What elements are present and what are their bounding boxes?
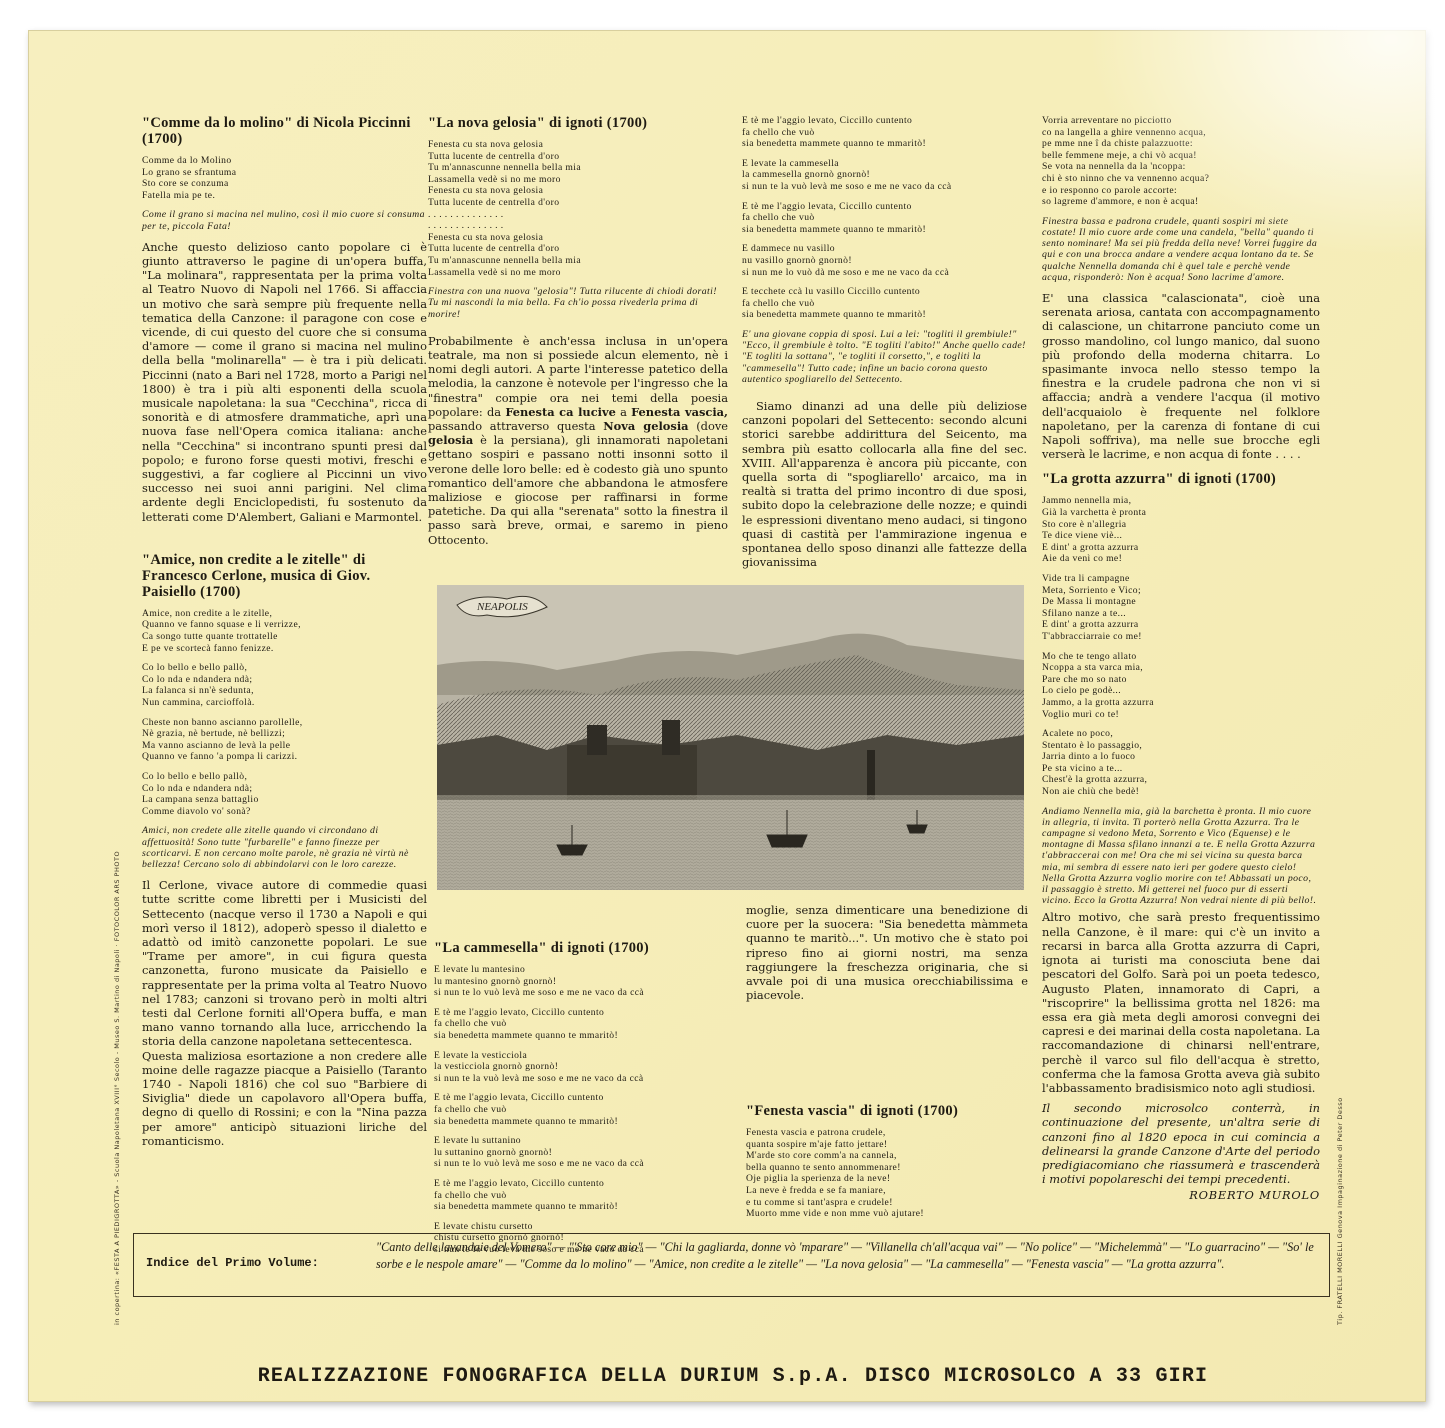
- column-2: "La nova gelosia" di ignoti (1700) Fenes…: [428, 115, 728, 551]
- commentary-grotta: Altro motivo, che sarà presto frequentis…: [1042, 910, 1320, 1095]
- song-title-gelosia: "La nova gelosia" di ignoti (1700): [428, 115, 728, 131]
- cover-credit: in copertina: «FESTA A PIEDIGROTTA» - Sc…: [113, 851, 121, 1325]
- grotta-stanza: Jammo nennella mia, Già la varchetta è p…: [1042, 495, 1320, 565]
- print-credit: Tip. FRATELLI MORELLI Genova Impaginazio…: [1336, 1097, 1344, 1325]
- commentary-amice-2: Questa maliziosa esortazione a non crede…: [142, 1049, 427, 1148]
- song-title-amice: "Amice, non credite a le zitelle" di Fra…: [142, 552, 427, 600]
- translation-grotta: Andiamo Nennella mia, già la barchetta è…: [1042, 806, 1320, 907]
- cammesella-stanza: E levate la vesticciola la vesticciola g…: [434, 1050, 734, 1085]
- cammesella-cont-stanza: E tè me l'aggio levato, Ciccillo cuntent…: [742, 115, 1027, 150]
- cammesella-stanza: E levate lu mantesino lu mantesino gnorn…: [434, 964, 734, 999]
- lyrics-amice-4: Co lo bello e bello pallò, Co lo nda e n…: [142, 771, 427, 817]
- closing-note: Il secondo microsolco conterrà, in conti…: [1042, 1101, 1320, 1186]
- commentary-gelosia: Probabilmente è anch'essa inclusa in un'…: [428, 334, 728, 547]
- svg-text:NEAPOLIS: NEAPOLIS: [476, 601, 528, 613]
- commentary-molino: Anche questo delizioso canto popolare ci…: [142, 240, 427, 524]
- column-3: E tè me l'aggio levato, Ciccillo cuntent…: [742, 115, 1027, 573]
- cammesella-stanza: E levate lu suttanino lu suttanino gnorn…: [434, 1135, 734, 1170]
- column-3-vascia: "Fenesta vascia" di ignoti (1700) Fenest…: [746, 1103, 1028, 1228]
- lyrics-amice-1: Amice, non credite a le zitelle, Quanno …: [142, 608, 427, 654]
- song-title-vascia: "Fenesta vascia" di ignoti (1700): [746, 1103, 1028, 1119]
- translation-molino: Come il grano si macina nel mulino, così…: [142, 209, 427, 231]
- engraving-naples: NEAPOLIS: [437, 585, 1024, 890]
- column-1: "Comme da lo molino" di Nicola Piccinni …: [142, 115, 427, 1152]
- commentary-amice-1: Il Cerlone, vivace autore di commedie qu…: [142, 878, 427, 1048]
- column-2-bottom: "La cammesella" di ignoti (1700) E levat…: [434, 940, 734, 1263]
- lyrics-amice-3: Cheste non banno ascianno parollelle, Nè…: [142, 717, 427, 763]
- lyrics-amice-2: Co lo bello e bello pallò, Co lo nda e n…: [142, 662, 427, 708]
- cammesella-cont-stanza: E levate la cammesella la cammesella gno…: [742, 158, 1027, 193]
- lyrics-gelosia-2: Fenesta cu sta nova gelosia Tutta lucent…: [428, 232, 728, 278]
- index-label: Indice del Primo Volume:: [146, 1256, 319, 1270]
- column-4: Vorria arreventare no picciotto co na la…: [1042, 115, 1320, 1202]
- translation-cammesella: E' una giovane coppia di sposi. Lui a le…: [742, 329, 1027, 385]
- song-title-grotta: "La grotta azzurra" di ignoti (1700): [1042, 471, 1320, 487]
- song-title-molino: "Comme da lo molino" di Nicola Piccinni …: [142, 115, 427, 147]
- commentary-cammesella-2: moglie, senza dimenticare una benedizion…: [746, 903, 1028, 1002]
- lyrics-molino: Comme da lo Molino Lo grano se sfrantuma…: [142, 155, 427, 201]
- commentary-vascia: E' una classica "calascionata", cioè una…: [1042, 291, 1320, 461]
- translation-gelosia: Finestra con una nuova "gelosia"! Tutta …: [428, 286, 728, 320]
- volume-index: Indice del Primo Volume: "Canto delle la…: [133, 1233, 1330, 1297]
- translation-vascia: Finestra bassa e padrona crudele, quanti…: [1042, 216, 1320, 283]
- commentary-cammesella-1: Siamo dinanzi ad una delle più deliziose…: [742, 399, 1027, 569]
- naples-view-illustration: NEAPOLIS: [437, 585, 1024, 890]
- label-footer: REALIZZAZIONE FONOGRAFICA DELLA DURIUM S…: [133, 1365, 1333, 1388]
- cammesella-stanza: E tè me l'aggio levato, Ciccillo cuntent…: [434, 1178, 734, 1213]
- song-title-cammesella: "La cammesella" di ignoti (1700): [434, 940, 734, 956]
- lyrics-gelosia-1: Fenesta cu sta nova gelosia Tutta lucent…: [428, 139, 728, 209]
- grotta-stanza: Mo che te tengo allato Ncoppa a sta varc…: [1042, 651, 1320, 721]
- grotta-stanza: Acalete no poco, Stentato è lo passaggio…: [1042, 728, 1320, 798]
- cammesella-stanza: E tè me l'aggio levata, Ciccillo cuntent…: [434, 1092, 734, 1127]
- author-signature: ROBERTO MUROLO: [1042, 1188, 1320, 1202]
- cammesella-cont-stanza: E tecchete ccà lu vasillo Ciccillo cunte…: [742, 286, 1027, 321]
- grotta-stanza: Vide tra li campagne Meta, Sorriento e V…: [1042, 573, 1320, 643]
- translation-amice: Amici, non credete alle zitelle quando v…: [142, 825, 427, 870]
- index-list: "Canto delle lavandaie del Vomero" — "'S…: [376, 1239, 1316, 1272]
- lyrics-gelosia-dots: . . . . . . . . . . . . . . . . . . . . …: [428, 209, 728, 232]
- cammesella-cont-stanza: E tè me l'aggio levata, Ciccillo cuntent…: [742, 201, 1027, 236]
- lyrics-vascia: Fenesta vascia e patrona crudele, quanta…: [746, 1127, 1028, 1220]
- lyrics-vascia-cont: Vorria arreventare no picciotto co na la…: [1042, 115, 1320, 208]
- cammesella-cont-stanza: E dammece nu vasillo nu vasillo gnornò g…: [742, 243, 1027, 278]
- column-3-bottom: moglie, senza dimenticare una benedizion…: [746, 903, 1028, 1006]
- cammesella-stanza: E tè me l'aggio levato, Ciccillo cuntent…: [434, 1007, 734, 1042]
